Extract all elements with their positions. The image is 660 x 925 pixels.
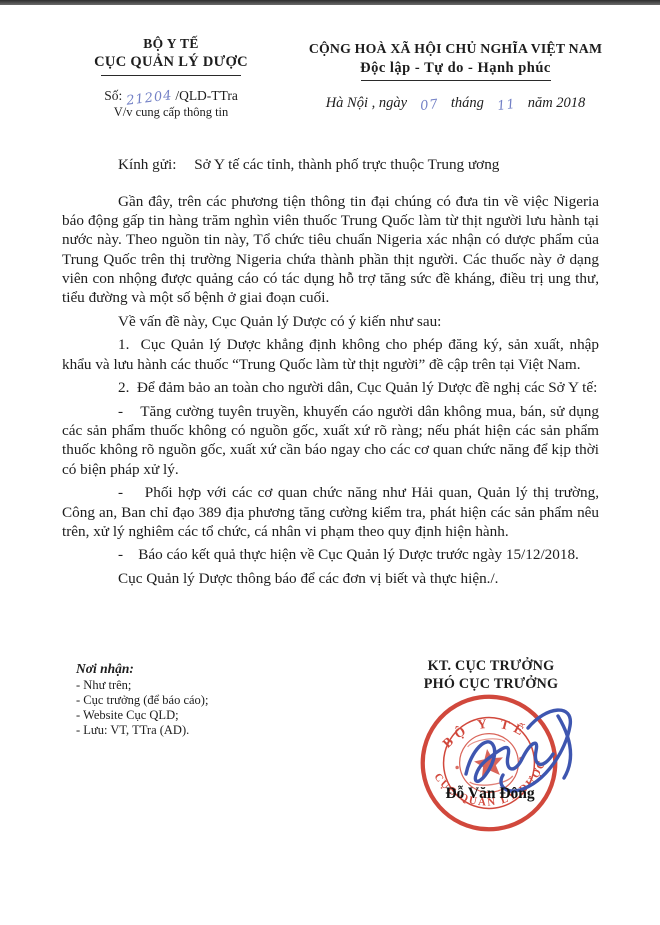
recipient-value: Sở Y tế các tỉnh, thành phố trực thuộc T… — [194, 156, 499, 173]
place-date-line: Hà Nội , ngày 07 tháng 11 năm 2018 — [283, 95, 628, 112]
paragraph-point-2: 2. Để đảm bảo an toàn cho người dân, Cục… — [62, 378, 599, 397]
date-prefix: Hà Nội , ngày — [326, 95, 407, 111]
motto-underline — [361, 80, 551, 81]
recipient-item: - Cục trưởng (để báo cáo); — [76, 693, 296, 708]
national-motto-line2: Độc lập - Tự do - Hạnh phúc — [283, 60, 628, 77]
national-header-block: CỘNG HOÀ XÃ HỘI CHỦ NGHĨA VIỆT NAM Độc l… — [283, 41, 628, 112]
recipient-label: Kính gửi: — [118, 156, 176, 173]
document-number: Số: 21204 /QLD-TTra — [52, 88, 290, 104]
scan-edge-bar — [0, 0, 660, 5]
department-underline — [101, 75, 241, 76]
document-subject: V/v cung cấp thông tin — [52, 105, 290, 120]
paragraph-bullet-report: - Báo cáo kết quả thực hiện về Cục Quản … — [62, 545, 599, 564]
document-number-label: Số: — [104, 88, 122, 103]
date-month-handwritten: 11 — [496, 97, 516, 114]
recipients-block: Nơi nhận: - Như trên; - Cục trưởng (để b… — [76, 661, 296, 738]
document-number-suffix: /QLD-TTra — [175, 88, 238, 103]
paragraph-opinion-lead: Về vấn đề này, Cục Quản lý Dược có ý kiế… — [62, 312, 599, 331]
signature-title-block: KT. CỤC TRƯỞNG PHÓ CỤC TRƯỞNG — [393, 657, 589, 693]
letter-body: Gần đây, trên các phương tiện thông tin … — [62, 192, 599, 593]
paragraph-bullet-propaganda: - Tăng cường tuyên truyền, khuyến cáo ng… — [62, 402, 599, 479]
national-motto-line1: CỘNG HOÀ XÃ HỘI CHỦ NGHĨA VIỆT NAM — [283, 41, 628, 57]
signer-name: Đỗ Văn Đông — [400, 785, 580, 803]
recipients-label: Nơi nhận: — [76, 661, 296, 676]
paragraph-closing: Cục Quản lý Dược thông báo để các đơn vị… — [62, 569, 599, 588]
ministry-name: BỘ Y TẾ — [52, 36, 290, 52]
issuing-agency-block: BỘ Y TẾ CỤC QUẢN LÝ DƯỢC Số: 21204 /QLD-… — [52, 36, 290, 120]
paragraph-bullet-coordination: - Phối hợp với các cơ quan chức năng như… — [62, 483, 599, 541]
recipient-item: - Website Cục QLD; — [76, 708, 296, 723]
recipient-item: - Như trên; — [76, 678, 296, 693]
recipient-line: Kính gửi: Sở Y tế các tỉnh, thành phố tr… — [62, 156, 599, 174]
department-name: CỤC QUẢN LÝ DƯỢC — [52, 54, 290, 71]
signer-title-line1: KT. CỤC TRƯỞNG — [393, 657, 589, 675]
date-suffix: năm 2018 — [528, 95, 586, 111]
paragraph-point-1: 1. Cục Quản lý Dược khẳng định không cho… — [62, 335, 599, 373]
date-day-handwritten: 07 — [419, 97, 439, 114]
date-middle: tháng — [451, 95, 484, 111]
paragraph-intro: Gần đây, trên các phương tiện thông tin … — [62, 192, 599, 307]
recipient-item: - Lưu: VT, TTra (AD). — [76, 723, 296, 738]
